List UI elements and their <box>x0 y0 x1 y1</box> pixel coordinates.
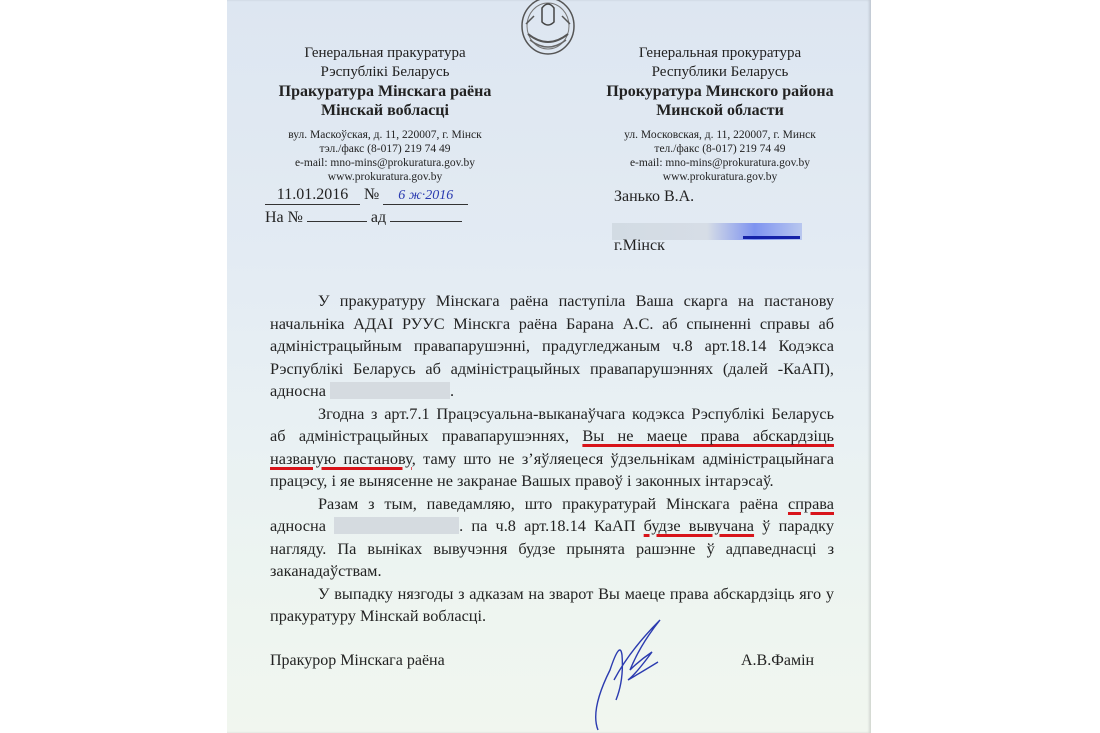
text: адносна <box>270 516 334 535</box>
paragraph-1: У пракуратуру Мінскага раёна паступіла В… <box>270 290 834 403</box>
header-phone: тэл./факс (8-017) 219 74 49 <box>255 142 515 156</box>
header-region: Минской области <box>585 101 855 120</box>
handwritten-signature-icon <box>580 600 700 733</box>
letter-body: У пракуратуру Мінскага раёна паступіла В… <box>270 290 834 628</box>
redacted-name <box>330 382 450 399</box>
header-line: Генеральная прокуратура <box>585 44 855 63</box>
addressee-name: Занько В.А. <box>614 188 694 206</box>
paragraph-3: Разам з тым, паведамляю, што пракуратура… <box>270 493 834 583</box>
signatory-title: Пракурор Мінскага раёна <box>270 652 445 670</box>
reply-label: На № <box>265 209 303 226</box>
reply-number-blank <box>307 221 367 222</box>
header-office: Прокуратура Минского района <box>585 82 855 101</box>
text: Разам з тым, паведамляю, што пракуратура… <box>318 494 788 513</box>
belarus-coat-of-arms-icon <box>518 0 578 58</box>
letter-date: 11.01.2016 <box>265 186 360 205</box>
addressee-city: г.Мінск <box>614 237 665 255</box>
header-email: e-mail: mno-mins@prokuratura.gov.by <box>255 156 515 170</box>
registration-block: 11.01.2016 № 6 ж·2016 На № ад <box>265 186 485 227</box>
header-line: Генеральная пракуратура <box>255 44 515 63</box>
text: . <box>450 381 454 400</box>
underlined-text: справа <box>788 494 834 513</box>
signatory-name: А.В.Фамін <box>741 652 814 670</box>
text: . па ч.8 арт.18.14 КаАП <box>459 516 644 535</box>
header-phone: тел./факс (8-017) 219 74 49 <box>585 142 855 156</box>
header-region: Мінскай вобласці <box>255 101 515 120</box>
header-russian: Генеральная прокуратура Республики Белар… <box>585 44 855 184</box>
header-line: Республики Беларусь <box>585 63 855 82</box>
header-office: Пракуратура Мінскага раёна <box>255 82 515 101</box>
header-email: e-mail: mno-mins@prokuratura.gov.by <box>585 156 855 170</box>
reply-date-blank <box>390 221 462 222</box>
redaction-mark <box>743 236 800 239</box>
paragraph-2: Згодна з арт.7.1 Працэсуальна-выканаўчаг… <box>270 403 834 493</box>
header-website: www.prokuratura.gov.by <box>255 170 515 184</box>
text: У выпадку нязгоды з адказам на зварот Вы… <box>270 584 834 626</box>
number-label: № <box>364 186 379 203</box>
header-address: вул. Маскоўская, д. 11, 220007, г. Мінск <box>255 128 515 142</box>
from-label: ад <box>371 209 386 226</box>
redacted-name <box>334 517 459 534</box>
underlined-text: будзе вывучана <box>644 516 754 535</box>
header-line: Рэспублікі Беларусь <box>255 63 515 82</box>
letter-number: 6 ж·2016 <box>383 188 468 205</box>
paragraph-4: У выпадку нязгоды з адказам на зварот Вы… <box>270 583 834 628</box>
header-address: ул. Московская, д. 11, 220007, г. Минск <box>585 128 855 142</box>
header-website: www.prokuratura.gov.by <box>585 170 855 184</box>
header-belarusian: Генеральная пракуратура Рэспублікі Белар… <box>255 44 515 184</box>
